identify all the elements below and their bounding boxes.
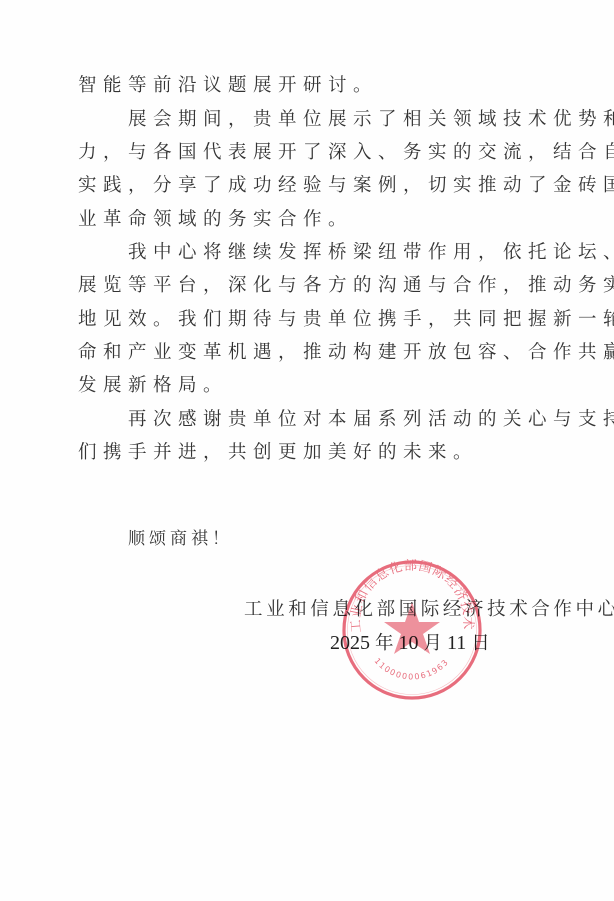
body-line: 力，与各国代表展开了深入、务实的交流，结合自身发展	[78, 142, 614, 164]
body-line: 命和产业变革机遇，推动构建开放包容、合作共赢的产业	[78, 342, 614, 364]
body-line: 地见效。我们期待与贵单位携手，共同把握新一轮科技革	[78, 309, 614, 331]
body-line: 发展新格局。	[78, 375, 228, 397]
letter-page: 智能等前沿议题展开研讨。 展会期间，贵单位展示了相关领域技术优势和产业实 力，与…	[0, 0, 614, 901]
body-line: 智能等前沿议题展开研讨。	[78, 75, 378, 97]
body-line: 实践，分享了成功经验与案例，切实推动了金砖国家新工	[78, 175, 614, 197]
body-line: 业革命领域的务实合作。	[78, 209, 353, 231]
body-line: 们携手并进，共创更加美好的未来。	[78, 442, 478, 464]
svg-text:1100000061963: 1100000061963	[373, 656, 451, 681]
body-line: 展览等平台，深化与各方的沟通与合作，推动务实项目落	[78, 275, 614, 297]
body-line: 展会期间，贵单位展示了相关领域技术优势和产业实	[128, 109, 614, 131]
body-line: 再次感谢贵单位对本届系列活动的关心与支持！愿我	[128, 409, 614, 431]
seal-number: 1100000061963	[373, 656, 451, 681]
closing-salutation: 顺颂商祺！	[128, 524, 233, 549]
official-seal-icon: 工业和信息化部国际经济技术合作中心 1100000061963	[340, 558, 484, 702]
body-line: 我中心将继续发挥桥梁纽带作用，依托论坛、大赛、	[128, 242, 614, 264]
